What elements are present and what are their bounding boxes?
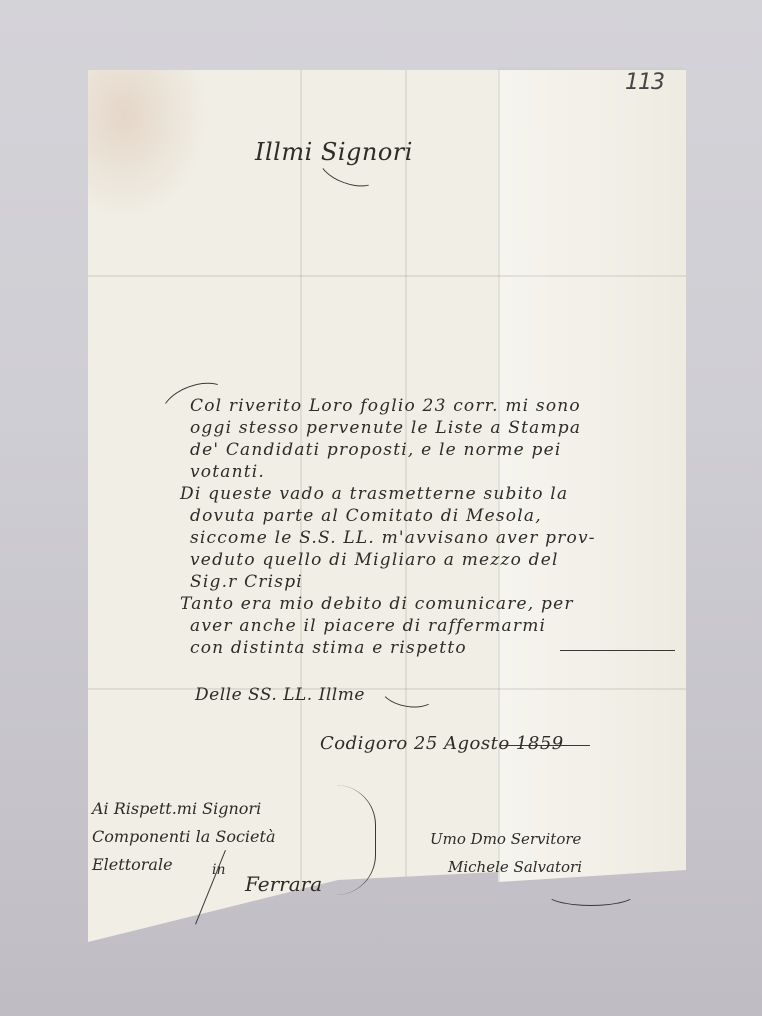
signature-line: Umo Dmo Servitore <box>430 825 582 853</box>
closing-underline <box>560 650 675 651</box>
body-line: dovuta parte al Comitato di Mesola, <box>190 505 596 527</box>
closing-formula: Delle SS. LL. Illme <box>195 685 365 705</box>
body-line: siccome le S.S. LL. m'avvisano aver prov… <box>190 527 596 549</box>
addressee-city: Ferrara <box>245 872 322 896</box>
date-underline <box>500 745 590 746</box>
page-number: 113 <box>625 70 664 95</box>
body-line: Col riverito Loro foglio 23 corr. mi son… <box>190 395 596 417</box>
body-line: aver anche il piacere di raffermarmi <box>190 615 596 637</box>
addressee-line: Componenti la Società <box>92 823 275 851</box>
body-line: Di queste vado a trasmetterne subito la <box>180 483 586 505</box>
body-line: Tanto era mio debito di comunicare, per <box>180 593 586 615</box>
body-line: oggi stesso pervenute le Liste a Stampa <box>190 417 596 439</box>
place-and-date: Codigoro 25 Agosto 1859 <box>320 733 564 754</box>
body-line: votanti. <box>190 461 596 483</box>
addressee-line: Ai Rispett.mi Signori <box>92 795 275 823</box>
body-line: de' Candidati proposti, e le norme pei <box>190 439 596 461</box>
body-line: con distinta stima e rispetto <box>190 637 596 659</box>
signature-block: Umo Dmo Servitore Michele Salvatori <box>430 825 582 881</box>
addressee-block: Ai Rispett.mi Signori Componenti la Soci… <box>92 795 275 879</box>
signature-line: Michele Salvatori <box>430 853 582 881</box>
letter-body: Col riverito Loro foglio 23 corr. mi son… <box>180 395 586 659</box>
body-line: Sig.r Crispi <box>190 571 596 593</box>
signature-flourish <box>545 880 637 906</box>
fold-line-horizontal-1 <box>88 275 686 277</box>
paper-stain <box>88 70 208 220</box>
body-line: veduto quello di Migliaro a mezzo del <box>190 549 596 571</box>
